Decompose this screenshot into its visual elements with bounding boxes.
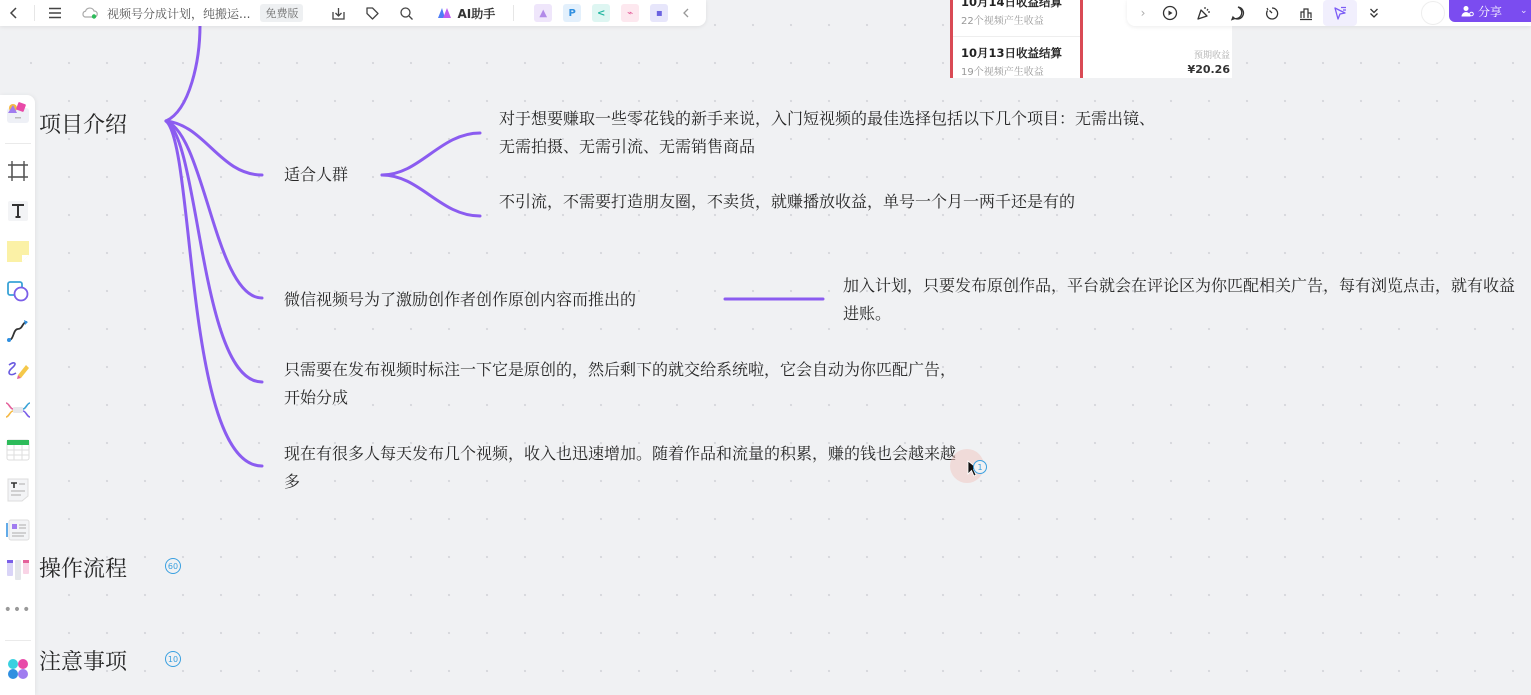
- comment-icon: [1230, 5, 1246, 21]
- avatar[interactable]: [1421, 1, 1445, 25]
- cloud-synced-icon: [81, 7, 99, 19]
- search-button[interactable]: [389, 0, 423, 26]
- templates-tool[interactable]: [3, 99, 33, 126]
- doc-tool[interactable]: [3, 477, 33, 504]
- doc-icon: [7, 478, 29, 502]
- apps-icon: [6, 657, 30, 681]
- card-icon: [6, 519, 30, 541]
- earnings-item-title: 10月13日收益结算: [961, 45, 1072, 61]
- search-icon: [399, 6, 414, 21]
- more-down-icon: [1368, 6, 1380, 20]
- present-button[interactable]: [1153, 0, 1187, 26]
- connector-icon: [6, 319, 30, 343]
- templates-icon: [5, 99, 31, 125]
- ai-assistant-button[interactable]: AI助手: [431, 0, 501, 26]
- earnings-item[interactable]: 10月14日收益结算 22个视频产生收益: [953, 0, 1080, 27]
- mindmap-icon: [5, 398, 31, 422]
- stats-button[interactable]: [1289, 0, 1323, 26]
- share-nodes-app-icon[interactable]: <: [592, 4, 610, 22]
- download-button[interactable]: [321, 0, 355, 26]
- earnings-item-title: 10月14日收益结算: [961, 0, 1072, 10]
- top-toolbar-left: 视频号分成计划，纯搬运... 免费版 AI助手 ▲ P < ⌁ ▪: [0, 0, 706, 26]
- plan-badge[interactable]: 免费版: [260, 4, 303, 22]
- divider: [953, 36, 1080, 37]
- more-tools-button[interactable]: [1357, 0, 1391, 26]
- pen-icon: [6, 359, 30, 383]
- more-icon: •••: [4, 602, 32, 618]
- back-button[interactable]: [0, 0, 28, 26]
- play-icon: [1162, 5, 1178, 21]
- menu-button[interactable]: [41, 0, 69, 26]
- more-tools[interactable]: •••: [3, 596, 33, 623]
- mindmap-node-audience-item[interactable]: 对于想要赚取一些零花钱的新手来说，入门短视频的最佳选择包括以下几个项目：无需出镜…: [499, 105, 1159, 161]
- divider: [34, 5, 35, 21]
- mindmap-node-operation-flow[interactable]: 操作流程: [39, 552, 127, 583]
- left-tool-rail: •••: [0, 95, 35, 695]
- chevron-left-icon: [7, 6, 21, 20]
- earnings-item[interactable]: 10月13日收益结算 19个视频产生收益: [953, 45, 1080, 78]
- frame-icon: [7, 160, 29, 182]
- tag-button[interactable]: [355, 0, 389, 26]
- chart-icon: [1298, 5, 1314, 21]
- mindmap-node-growth[interactable]: 现在有很多人每天发布几个视频，收入也迅速增加。随着作品和流量的积累，赚的钱也会越…: [284, 440, 964, 496]
- sticky-note-tool[interactable]: [3, 238, 33, 265]
- mindmap-node-audience-item[interactable]: 不引流，不需要打造朋友圈，不卖货，就赚播放收益，单号一个月一两千还是有的: [499, 188, 1179, 216]
- mindmap-node-audience[interactable]: 适合人群: [284, 161, 348, 189]
- mindmap-node-wechat-program[interactable]: 微信视频号为了激励创作者创作原创内容而推出的: [284, 286, 636, 314]
- earnings-item-subtitle: 19个视频产生收益: [961, 63, 1072, 78]
- timer-button[interactable]: [1255, 0, 1289, 26]
- laser-pointer-icon: [1332, 5, 1348, 21]
- share-label: 分享: [1478, 3, 1502, 20]
- expected-earnings-label: 预期收益: [1188, 48, 1230, 61]
- p-app-icon[interactable]: P: [563, 4, 581, 22]
- divider: [513, 5, 514, 21]
- celebrate-button[interactable]: [1187, 0, 1221, 26]
- expected-earnings: 预期收益 ¥20.26: [1188, 48, 1232, 76]
- document-title[interactable]: 视频号分成计划，纯搬运...: [107, 5, 250, 22]
- earnings-list: 10月14日收益结算 22个视频产生收益 10月13日收益结算 19个视频产生收…: [950, 0, 1083, 78]
- table-icon: [6, 439, 30, 461]
- shape-icon: [6, 279, 30, 303]
- chevron-right-icon: ›: [1141, 6, 1146, 20]
- chevron-down-icon[interactable]: ⌄: [1520, 6, 1528, 16]
- text-tool[interactable]: [3, 198, 33, 225]
- timer-icon: [1264, 5, 1280, 21]
- apps-tool[interactable]: [3, 655, 33, 682]
- laser-pointer-button[interactable]: [1323, 0, 1357, 26]
- expand-toolbar-button[interactable]: ›: [1133, 0, 1153, 26]
- share-button[interactable]: 分享 ⌄: [1449, 0, 1531, 22]
- ai-logo-icon: [437, 7, 453, 19]
- download-icon: [331, 6, 346, 21]
- divider: [5, 143, 31, 144]
- mindmap-node-tag-original[interactable]: 只需要在发布视频时标注一下它是原创的，然后剩下的就交给系统啦，它会自动为你匹配广…: [284, 356, 964, 412]
- expected-earnings-value: ¥20.26: [1188, 63, 1230, 76]
- divider: [5, 640, 31, 641]
- hamburger-menu-icon: [48, 7, 62, 19]
- card-tool[interactable]: [3, 517, 33, 544]
- top-toolbar-right: › 分享 ⌄: [1127, 0, 1531, 26]
- tag-icon: [365, 6, 380, 21]
- chat-app-icon[interactable]: ▪: [650, 4, 668, 22]
- user-share-icon: [1461, 5, 1474, 17]
- table-tool[interactable]: [3, 437, 33, 464]
- kanban-icon: [6, 558, 30, 582]
- celebrate-icon: [1196, 5, 1212, 21]
- mindmap-node-program-detail[interactable]: 加入计划，只要发布原创作品，平台就会在评论区为你匹配相关广告，每有浏览点击，就有…: [843, 272, 1523, 328]
- mindmap-node-project-intro[interactable]: 项目介绍: [39, 108, 127, 139]
- text-icon: [7, 200, 29, 222]
- shape-tool[interactable]: [3, 277, 33, 304]
- image-gen-app-icon[interactable]: ▲: [534, 4, 552, 22]
- kanban-tool[interactable]: [3, 557, 33, 584]
- collapsed-count-badge[interactable]: 60: [165, 558, 181, 574]
- chevron-left-icon: [681, 7, 691, 19]
- mindmap-tool[interactable]: [3, 397, 33, 424]
- app-shortcuts: ▲ P < ⌁ ▪: [534, 4, 668, 22]
- collapse-apps-button[interactable]: [676, 0, 696, 26]
- pen-tool[interactable]: [3, 357, 33, 384]
- frame-tool[interactable]: [3, 158, 33, 185]
- cursor-click-count-badge: 1: [973, 460, 987, 474]
- flow-app-icon[interactable]: ⌁: [621, 4, 639, 22]
- ai-assistant-label: AI助手: [457, 5, 495, 22]
- sticky-note-icon: [6, 239, 30, 263]
- earnings-item-subtitle: 22个视频产生收益: [961, 12, 1072, 27]
- comment-button[interactable]: [1221, 0, 1255, 26]
- collapsed-count-badge[interactable]: 10: [165, 651, 181, 667]
- mindmap-node-notes[interactable]: 注意事项: [39, 645, 127, 676]
- connector-tool[interactable]: [3, 317, 33, 344]
